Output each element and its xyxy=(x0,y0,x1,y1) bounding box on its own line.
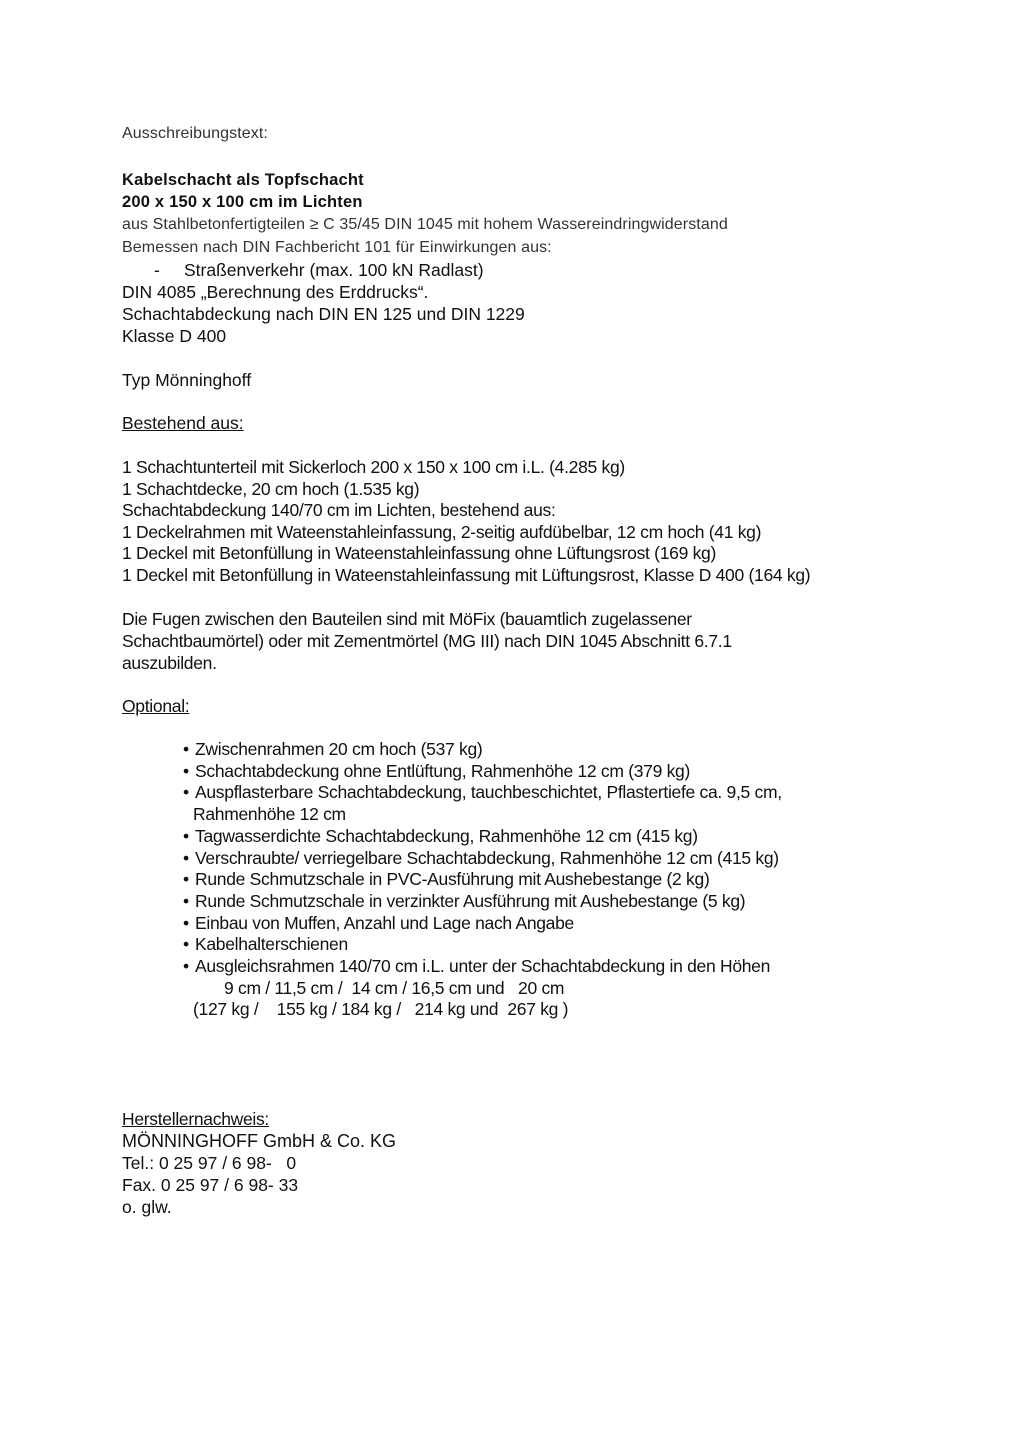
optional-item: Verschraubte/ verriegelbare Schachtabdec… xyxy=(195,850,779,868)
load-item: Straßenverkehr (max. 100 kN Radlast) xyxy=(184,262,484,280)
bullet-icon: • xyxy=(183,850,189,868)
document-subtitle: 200 x 150 x 100 cm im Lichten xyxy=(122,194,363,211)
bullet-icon: • xyxy=(183,958,189,976)
optional-item: Runde Schmutzschale in PVC-Ausführung mi… xyxy=(195,871,709,889)
component-line: 1 Deckel mit Betonfüllung in Wateenstahl… xyxy=(122,545,716,563)
bullet-icon: • xyxy=(183,936,189,954)
joints-text: auszubilden. xyxy=(122,655,217,673)
component-line: 1 Schachtunterteil mit Sickerloch 200 x … xyxy=(122,459,625,477)
optional-item: Rahmenhöhe 12 cm xyxy=(193,806,346,824)
optional-heading: Optional: xyxy=(122,698,189,716)
optional-item: Schachtabdeckung ohne Entlüftung, Rahmen… xyxy=(195,763,690,781)
manufacturer-equivalent: o. glw. xyxy=(122,1199,172,1217)
joints-text: Die Fugen zwischen den Bauteilen sind mi… xyxy=(122,611,692,629)
optional-item: Tagwasserdichte Schachtabdeckung, Rahmen… xyxy=(195,828,698,846)
consists-heading: Bestehend aus: xyxy=(122,415,244,433)
optional-item: 9 cm / 11,5 cm / 14 cm / 16,5 cm und 20 … xyxy=(224,980,564,998)
manufacturer-heading: Herstellernachweis: xyxy=(122,1111,269,1129)
joints-text: Schachtbaumörtel) oder mit Zementmörtel … xyxy=(122,633,732,651)
component-line: 1 Deckel mit Betonfüllung in Wateenstahl… xyxy=(122,567,810,585)
bullet-icon: • xyxy=(183,871,189,889)
component-line: 1 Deckelrahmen mit Wateenstahleinfassung… xyxy=(122,524,761,542)
optional-item: Runde Schmutzschale in verzinkter Ausfüh… xyxy=(195,893,745,911)
bullet-icon: • xyxy=(183,763,189,781)
component-line: 1 Schachtdecke, 20 cm hoch (1.535 kg) xyxy=(122,481,419,499)
intro-line: aus Stahlbetonfertigteilen ≥ C 35/45 DIN… xyxy=(122,217,728,233)
manufacturer-phone: Tel.: 0 25 97 / 6 98- 0 xyxy=(122,1155,296,1173)
manufacturer-name: MÖNNINGHOFF GmbH & Co. KG xyxy=(122,1132,396,1150)
optional-item: Einbau von Muffen, Anzahl und Lage nach … xyxy=(195,915,574,933)
bullet-icon: • xyxy=(183,915,189,933)
document-title: Kabelschacht als Topfschacht xyxy=(122,172,364,189)
bullet-icon: • xyxy=(183,784,189,802)
bullet-icon: • xyxy=(183,828,189,846)
optional-item: Zwischenrahmen 20 cm hoch (537 kg) xyxy=(195,741,482,759)
heading-label: Ausschreibungstext: xyxy=(122,126,268,142)
bullet-icon: • xyxy=(183,741,189,759)
optional-item: Ausgleichsrahmen 140/70 cm i.L. unter de… xyxy=(195,958,770,976)
standards-line: DIN 4085 „Berechnung des Erddrucks“. xyxy=(122,284,428,302)
load-item-marker: - xyxy=(154,262,160,280)
optional-item: Kabelhalterschienen xyxy=(195,936,348,954)
intro-line: Bemessen nach DIN Fachbericht 101 für Ei… xyxy=(122,240,552,256)
bullet-icon: • xyxy=(183,893,189,911)
type-line: Typ Mönninghoff xyxy=(122,372,251,390)
optional-item: Auspflasterbare Schachtabdeckung, tauchb… xyxy=(195,784,782,802)
optional-item: (127 kg / 155 kg / 184 kg / 214 kg und 2… xyxy=(193,1001,568,1019)
component-line: Schachtabdeckung 140/70 cm im Lichten, b… xyxy=(122,502,556,520)
manufacturer-fax: Fax. 0 25 97 / 6 98- 33 xyxy=(122,1177,298,1195)
standards-line: Klasse D 400 xyxy=(122,328,226,346)
standards-line: Schachtabdeckung nach DIN EN 125 und DIN… xyxy=(122,306,525,324)
